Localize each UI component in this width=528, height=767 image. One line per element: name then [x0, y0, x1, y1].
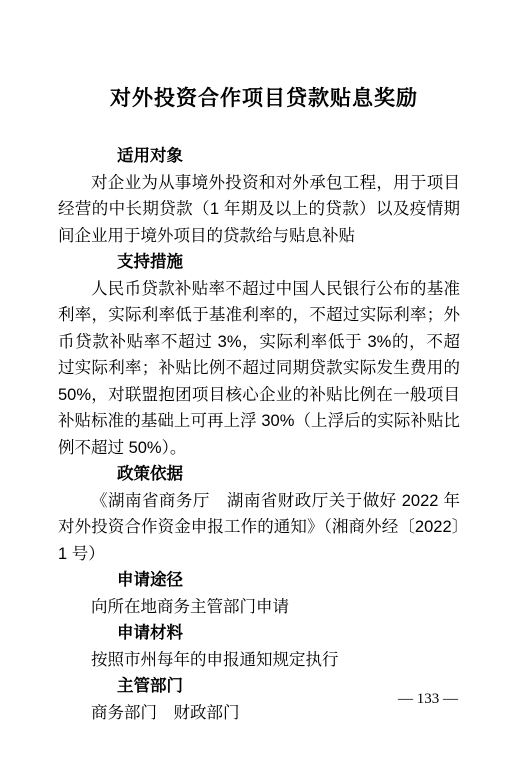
section-heading: 适用对象: [58, 143, 460, 170]
section-application-materials: 申请材料 按照市州每年的申报通知规定执行: [58, 620, 460, 673]
section-heading: 政策依据: [58, 461, 460, 488]
page-title: 对外投资合作项目贷款贴息奖励: [0, 86, 528, 112]
section-heading: 支持措施: [58, 249, 460, 276]
document-page: 对外投资合作项目贷款贴息奖励 适用对象 对企业为从事境外投资和对外承包工程，用于…: [0, 0, 528, 767]
section-heading: 申请材料: [58, 620, 460, 647]
section-paragraph: 《湖南省商务厅 湖南省财政厅关于做好 2022 年对外投资合作资金申报工作的通知…: [58, 488, 460, 568]
section-paragraph: 对企业为从事境外投资和对外承包工程，用于项目经营的中长期贷款（1 年期及以上的贷…: [58, 170, 460, 250]
section-paragraph: 人民币贷款补贴率不超过中国人民银行公布的基准利率，实际利率低于基准利率的，不超过…: [58, 276, 460, 462]
page-number: — 133 —: [398, 691, 458, 707]
section-heading: 申请途径: [58, 567, 460, 594]
section-policy-basis: 政策依据 《湖南省商务厅 湖南省财政厅关于做好 2022 年对外投资合作资金申报…: [58, 461, 460, 567]
section-support-measures: 支持措施 人民币贷款补贴率不超过中国人民银行公布的基准利率，实际利率低于基准利率…: [58, 249, 460, 461]
section-paragraph: 向所在地商务主管部门申请: [58, 594, 460, 621]
section-paragraph: 按照市州每年的申报通知规定执行: [58, 647, 460, 674]
section-application-channel: 申请途径 向所在地商务主管部门申请: [58, 567, 460, 620]
section-applicable-targets: 适用对象 对企业为从事境外投资和对外承包工程，用于项目经营的中长期贷款（1 年期…: [58, 143, 460, 249]
document-body: 适用对象 对企业为从事境外投资和对外承包工程，用于项目经营的中长期贷款（1 年期…: [58, 143, 460, 726]
